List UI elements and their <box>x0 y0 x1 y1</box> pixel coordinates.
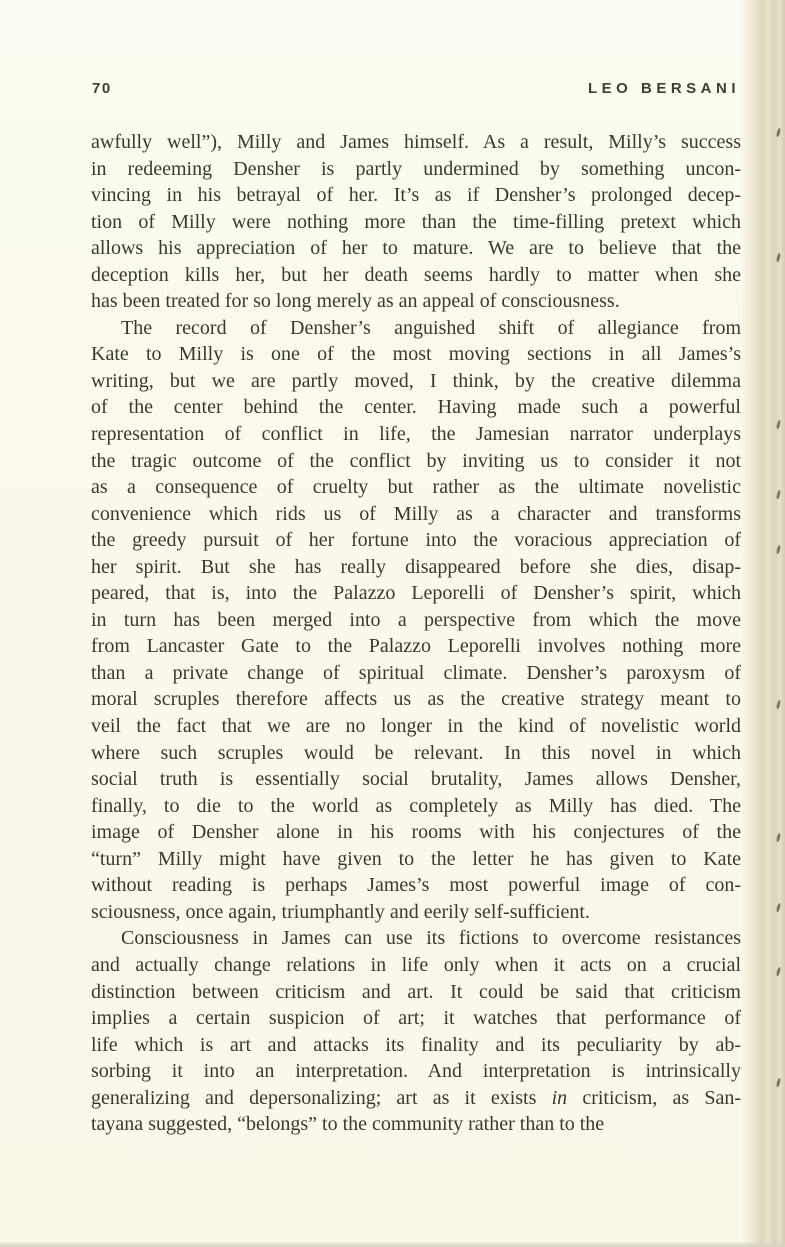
text-line: where such scruples would be relevant. I… <box>91 740 741 767</box>
text-line: veil the fact that we are no longer in t… <box>91 713 741 740</box>
text-line: has been treated for so long merely as a… <box>91 288 741 315</box>
text-line: “turn” Milly might have given to the let… <box>91 846 741 873</box>
text-line: the greedy pursuit of her fortune into t… <box>91 527 741 554</box>
text-line: in turn has been merged into a perspecti… <box>91 607 741 634</box>
text-line: sciousness, once again, triumphantly and… <box>91 899 741 926</box>
text-line: Consciousness in James can use its ficti… <box>91 925 741 952</box>
page-number: 70 <box>92 80 112 97</box>
text-line: the tragic outcome of the conflict by in… <box>91 448 741 475</box>
text-line: tayana suggested, “belongs” to the commu… <box>91 1111 741 1138</box>
text-block: awfully well”), Milly and James himself.… <box>91 129 741 1138</box>
text-line: convenience which rids us of Milly as a … <box>91 501 741 528</box>
text-line: generalizing and depersonalizing; art as… <box>91 1085 741 1112</box>
text-line: representation of conflict in life, the … <box>91 421 741 448</box>
page-header: 70 LEO BERSANI <box>92 80 740 97</box>
text-line: vincing in his betrayal of her. It’s as … <box>91 182 741 209</box>
text-line: than a private change of spiritual clima… <box>91 660 741 687</box>
running-head: LEO BERSANI <box>588 80 740 97</box>
text-line: without reading is perhaps James’s most … <box>91 872 741 899</box>
text-line: awfully well”), Milly and James himself.… <box>91 129 741 156</box>
text-line: The record of Densher’s anguished shift … <box>91 315 741 342</box>
text-line: allows his appreciation of her to mature… <box>91 235 741 262</box>
text-line: deception kills her, but her death seems… <box>91 262 741 289</box>
text-line: tion of Milly were nothing more than the… <box>91 209 741 236</box>
text-line: moral scruples therefore affects us as t… <box>91 686 741 713</box>
book-page: 70 LEO BERSANI awfully well”), Milly and… <box>0 0 785 1247</box>
text-line: life which is art and attacks its finali… <box>91 1032 741 1059</box>
text-line: Kate to Milly is one of the most moving … <box>91 341 741 368</box>
text-line: peared, that is, into the Palazzo Lepore… <box>91 580 741 607</box>
text-line: distinction between criticism and art. I… <box>91 979 741 1006</box>
text-line: and actually change relations in life on… <box>91 952 741 979</box>
text-line: as a consequence of cruelty but rather a… <box>91 474 741 501</box>
text-line: from Lancaster Gate to the Palazzo Lepor… <box>91 633 741 660</box>
book-edge-strip <box>741 0 785 1247</box>
text-line: social truth is essentially social bruta… <box>91 766 741 793</box>
text-line: sorbing it into an interpretation. And i… <box>91 1058 741 1085</box>
text-line: of the center behind the center. Having … <box>91 394 741 421</box>
text-line: finally, to die to the world as complete… <box>91 793 741 820</box>
text-line: implies a certain suspicion of art; it w… <box>91 1005 741 1032</box>
text-line: writing, but we are partly moved, I thin… <box>91 368 741 395</box>
page-bottom-edge <box>0 1241 785 1247</box>
text-line: in redeeming Densher is partly undermine… <box>91 156 741 183</box>
text-line: her spirit. But she has really disappear… <box>91 554 741 581</box>
text-line: image of Densher alone in his rooms with… <box>91 819 741 846</box>
